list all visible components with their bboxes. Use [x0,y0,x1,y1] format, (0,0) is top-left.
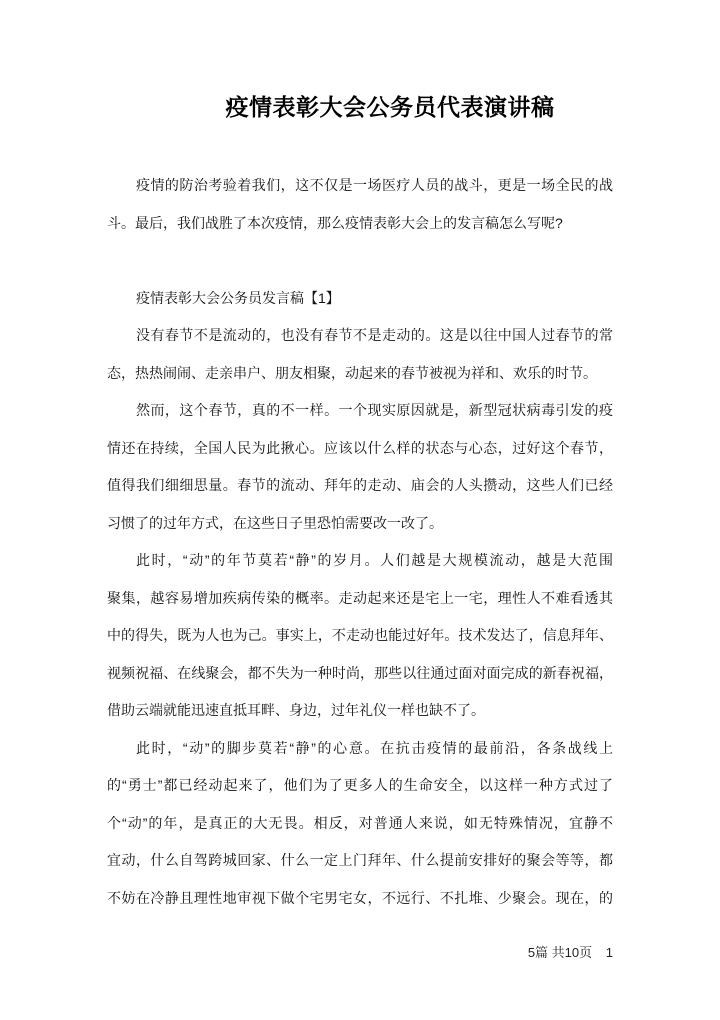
paragraph: 此时，“动”的年节莫若“静”的岁月。人们越是大规模流动，越是大范围聚集，越容易增… [107,542,613,730]
paragraph: 此时，“动”的脚步莫若“静”的心意。在抗击疫情的最前沿，各条战线上的“勇士”都已… [107,730,613,918]
spacer [107,242,613,280]
text-line: 的“勇士”都已经动起来了，他们为了更多人的生命安全，以这样一种方式过了 [107,767,613,805]
text-line: 然而，这个春节，真的不一样。一个现实原因就是，新型冠状病毒引发的疫 [107,392,613,430]
page-footer: 5篇 共10页 1 [107,945,613,961]
paragraph: 然而，这个春节，真的不一样。一个现实原因就是，新型冠状病毒引发的疫情还在持续，全… [107,392,613,542]
document-title: 疫情表彰大会公务员代表演讲稿 [0,90,720,125]
paragraph: 疫情的防治考验着我们，这不仅是一场医疗人员的战斗，更是一场全民的战斗。最后，我们… [107,167,613,242]
text-line: 习惯了的过年方式，在这些日子里恐怕需要改一改了。 [107,505,613,543]
text-line: 疫情表彰大会公务员发言稿【1】 [107,280,613,318]
text-line: 视频祝福、在线聚会，都不失为一种时尚，那些以往通过面对面完成的新春祝福， [107,655,613,693]
text-line: 个“动”的年，是真正的大无畏。相反，对普通人来说，如无特殊情况，宜静不 [107,805,613,843]
document-body: 疫情的防治考验着我们，这不仅是一场医疗人员的战斗，更是一场全民的战斗。最后，我们… [107,167,613,917]
footer-page-number: 1 [606,945,613,960]
text-line: 值得我们细细思量。春节的流动、拜年的走动、庙会的人头攒动，这些人们已经 [107,467,613,505]
document-page: 疫情表彰大会公务员代表演讲稿 疫情的防治考验着我们，这不仅是一场医疗人员的战斗，… [0,0,720,1020]
text-line: 借助云端就能迅速直抵耳畔、身边，过年礼仪一样也缺不了。 [107,692,613,730]
text-line: 此时，“动”的脚步莫若“静”的心意。在抗击疫情的最前沿，各条战线上 [107,730,613,768]
text-line: 斗。最后，我们战胜了本次疫情，那么疫情表彰大会上的发言稿怎么写呢? [107,205,613,243]
footer-info: 5篇 共10页 [528,945,592,960]
section-heading: 疫情表彰大会公务员发言稿【1】 [107,280,613,318]
text-line: 没有春节不是流动的，也没有春节不是走动的。这是以往中国人过春节的常 [107,317,613,355]
text-line: 聚集，越容易增加疾病传染的概率。走动起来还是宅上一宅，理性人不难看透其 [107,580,613,618]
text-line: 不妨在冷静且理性地审视下做个宅男宅女，不远行、不扎堆、少聚会。现在，的 [107,880,613,918]
text-line: 情还在持续，全国人民为此揪心。应该以什么样的状态与心态，过好这个春节， [107,430,613,468]
text-line: 中的得失，既为人也为己。事实上，不走动也能过好年。技术发达了，信息拜年、 [107,617,613,655]
text-line: 疫情的防治考验着我们，这不仅是一场医疗人员的战斗，更是一场全民的战 [107,167,613,205]
text-line: 宜动，什么自驾跨城回家、什么一定上门拜年、什么提前安排好的聚会等等，都 [107,842,613,880]
text-line: 态，热热闹闹、走亲串户、朋友相聚，动起来的春节被视为祥和、欢乐的时节。 [107,355,613,393]
text-line: 此时，“动”的年节莫若“静”的岁月。人们越是大规模流动，越是大范围 [107,542,613,580]
paragraph: 没有春节不是流动的，也没有春节不是走动的。这是以往中国人过春节的常态，热热闹闹、… [107,317,613,392]
